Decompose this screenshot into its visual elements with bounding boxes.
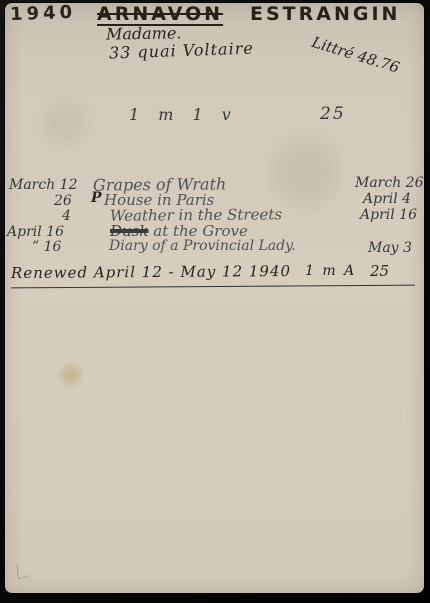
renewal-terms: 1 m A xyxy=(305,263,356,279)
address: 33 quai Voltaire xyxy=(109,38,254,62)
renewal-underline xyxy=(11,285,415,289)
renewal-amount: 25 xyxy=(370,262,389,280)
entry-borrow-date: ” 16 xyxy=(32,239,61,255)
renewal-note: Renewed April 12 - May 12 1940 xyxy=(11,262,291,282)
entry-borrow-date: March 12 xyxy=(9,177,78,193)
year-label: 1940 xyxy=(10,2,77,25)
entry-return-date: March 26 xyxy=(355,175,424,191)
lending-library-card: 1940 ARNAVON ESTRANGIN Madame. 33 quai V… xyxy=(5,3,424,593)
crossed-surname: ARNAVON xyxy=(97,3,223,25)
subscription-terms: 1 m 1 v xyxy=(129,105,238,124)
subscription-deposit: 25 xyxy=(320,104,346,124)
entry-title: Diary of a Provincial Lady. xyxy=(109,238,296,254)
pencil-squiggle xyxy=(17,561,29,579)
entry-borrow-date: April 16 xyxy=(7,224,64,240)
phone-number: Littré 48.76 xyxy=(310,33,402,77)
entry-borrow-date: 26 xyxy=(54,193,72,209)
entry-borrow-date: 4 xyxy=(62,208,71,224)
surname: ESTRANGIN xyxy=(250,3,400,25)
entry-return-date: April 16 xyxy=(360,207,417,223)
entry-return-date: April 4 xyxy=(363,191,411,207)
entry-return-date: May 3 xyxy=(368,240,412,256)
entry-mark: P xyxy=(91,190,102,206)
library-card-photo: { "card": { "year": "1940", "member": { … xyxy=(0,0,430,603)
